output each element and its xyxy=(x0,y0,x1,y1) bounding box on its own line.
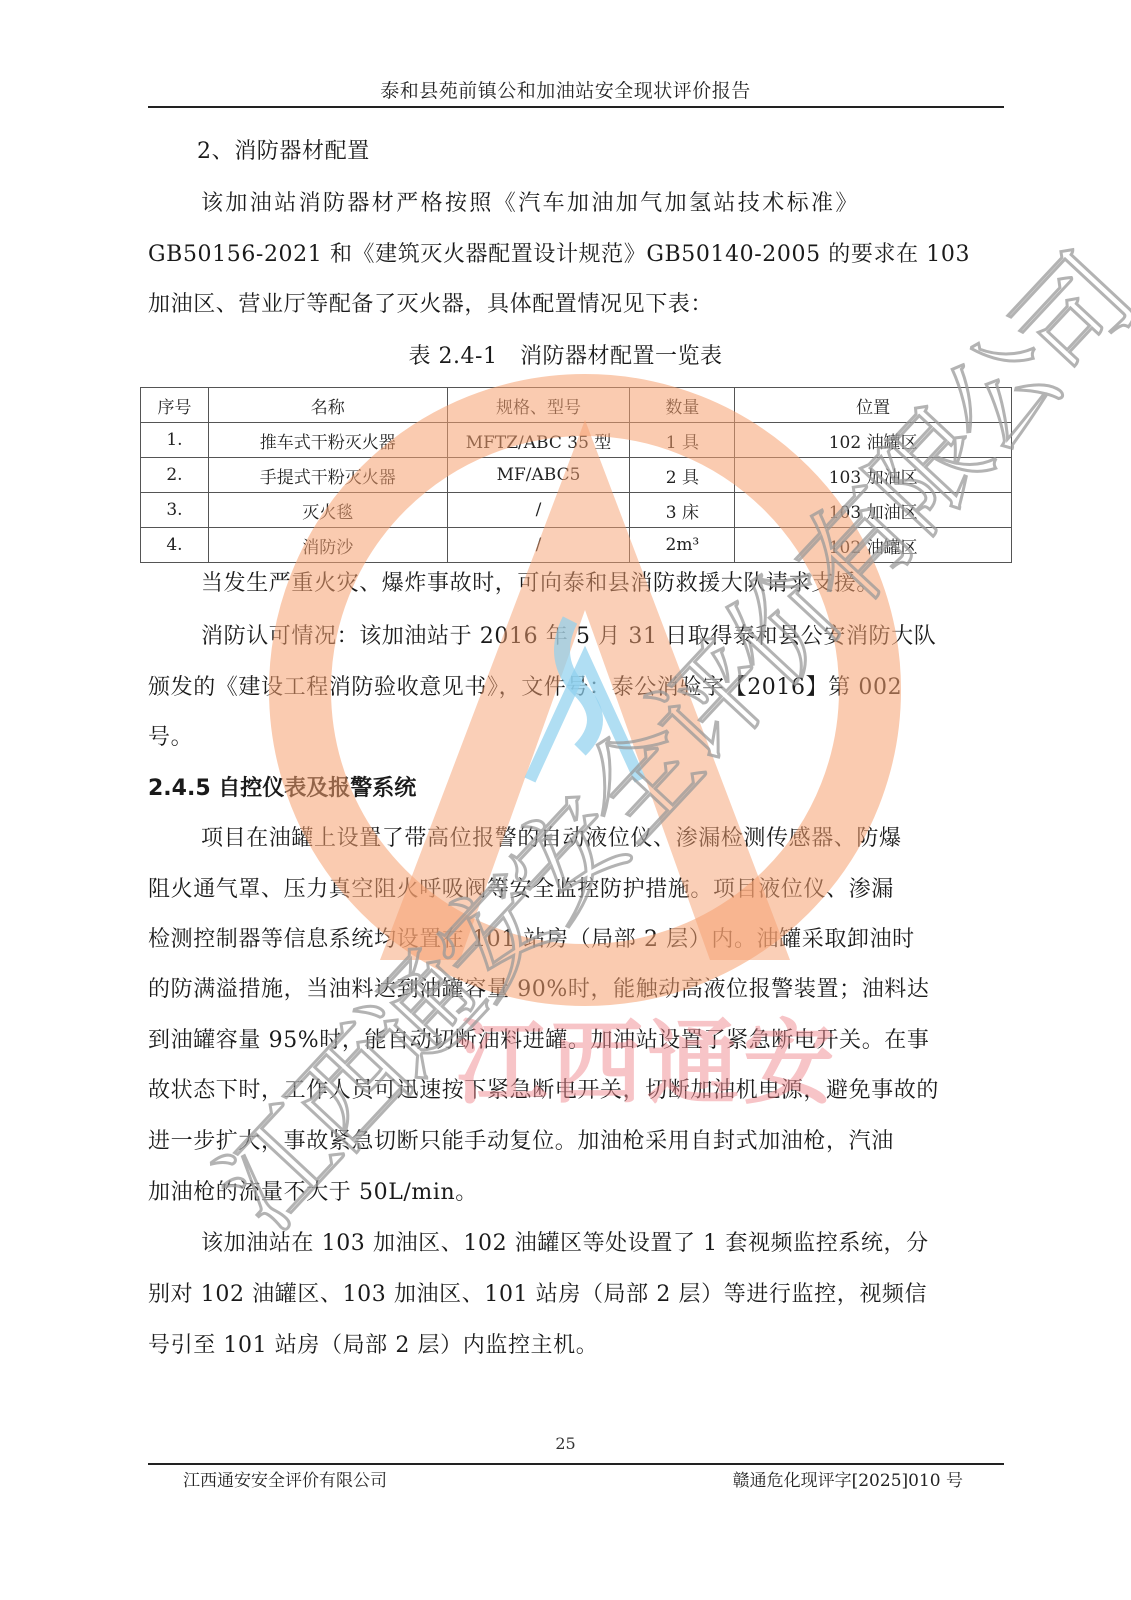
column-header: 序号 xyxy=(141,388,209,423)
section-item-title: 2、消防器材配置 xyxy=(197,134,370,165)
table-cell: 灭火毯 xyxy=(208,493,447,528)
paragraph-line: 到油罐容量 95%时，能自动切断油料进罐。加油站设置了紧急断电开关。在事 xyxy=(148,1023,930,1054)
table-cell: 103 加油区 xyxy=(735,493,1012,528)
table-cell: 手提式干粉灭火器 xyxy=(208,458,447,493)
page-number: 25 xyxy=(0,1434,1131,1453)
paragraph-line: 当发生严重火灾、爆炸事故时，可向泰和县消防救援大队请求支援。 xyxy=(201,566,879,597)
paragraph-line: 进一步扩大，事故紧急切断只能手动复位。加油枪采用自封式加油枪，汽油 xyxy=(148,1124,894,1155)
paragraph-line: 加油枪的流量不大于 50L/min。 xyxy=(148,1175,478,1206)
column-header: 名称 xyxy=(208,388,447,423)
paragraph-line: 该加油站消防器材严格按照《汽车加油加气加氢站技术标准》 xyxy=(201,186,860,217)
paragraph-line: 号引至 101 站房（局部 2 层）内监控主机。 xyxy=(148,1328,598,1359)
paragraph-line: 故状态下时，工作人员可迅速按下紧急断电开关，切断加油机电源，避免事故的 xyxy=(148,1073,939,1104)
paragraph-line: 颁发的《建设工程消防验收意见书》，文件号：泰公消验字【2016】第 002 xyxy=(148,670,902,701)
table-row: 4. 消防沙 / 2m³ 102 油罐区 xyxy=(141,528,1012,563)
paragraph-line: 该加油站在 103 加油区、102 油罐区等处设置了 1 套视频监控系统，分 xyxy=(201,1226,929,1257)
paragraph-line: 加油区、营业厅等配备了灭火器，具体配置情况见下表： xyxy=(148,287,713,318)
footer-report-number: 赣通危化现评字[2025]010 号 xyxy=(733,1466,963,1491)
table-cell: 1. xyxy=(141,423,209,458)
table-cell: 4. xyxy=(141,528,209,563)
header-divider xyxy=(148,106,1004,108)
column-header: 位置 xyxy=(735,388,1012,423)
column-header: 规格、型号 xyxy=(447,388,630,423)
table-cell: 推车式干粉灭火器 xyxy=(208,423,447,458)
paragraph-line: 阻火通气罩、压力真空阻火呼吸阀等安全监控防护措施。项目液位仪、渗漏 xyxy=(148,872,894,903)
equipment-table: 序号 名称 规格、型号 数量 位置 1. 推车式干粉灭火器 MFTZ/ABC 3… xyxy=(140,387,1012,563)
table-row: 1. 推车式干粉灭火器 MFTZ/ABC 35 型 1 具 102 油罐区 xyxy=(141,423,1012,458)
footer-divider xyxy=(148,1463,1004,1465)
table-cell: MFTZ/ABC 35 型 xyxy=(447,423,630,458)
footer-company: 江西通安安全评价有限公司 xyxy=(183,1466,387,1491)
table-cell: MF/ABC5 xyxy=(447,458,630,493)
table-row: 3. 灭火毯 / 3 床 103 加油区 xyxy=(141,493,1012,528)
paragraph-line: 的防满溢措施，当油料达到油罐容量 90%时，能触动高液位报警装置；油料达 xyxy=(148,972,930,1003)
table-cell: 2 具 xyxy=(630,458,735,493)
table-cell: / xyxy=(447,528,630,563)
subsection-heading: 2.4.5 自控仪表及报警系统 xyxy=(148,771,416,802)
table-cell: 103 加油区 xyxy=(735,458,1012,493)
table-row: 2. 手提式干粉灭火器 MF/ABC5 2 具 103 加油区 xyxy=(141,458,1012,493)
paragraph-line: 检测控制器等信息系统均设置在 101 站房（局部 2 层）内。油罐采取卸油时 xyxy=(148,922,915,953)
table-cell: 消防沙 xyxy=(208,528,447,563)
paragraph-line: GB50156-2021 和《建筑灭火器配置设计规范》GB50140-2005 … xyxy=(148,237,970,268)
paragraph-line: 别对 102 油罐区、103 加油区、101 站房（局部 2 层）等进行监控，视… xyxy=(148,1277,927,1308)
table-cell: 1 具 xyxy=(630,423,735,458)
table-header-row: 序号 名称 规格、型号 数量 位置 xyxy=(141,388,1012,423)
paragraph-line: 项目在油罐上设置了带高位报警的自动液位仪、渗漏检测传感器、防爆 xyxy=(201,821,902,852)
table-cell: 3. xyxy=(141,493,209,528)
table-cell: 2m³ xyxy=(630,528,735,563)
table-caption: 表 2.4-1 消防器材配置一览表 xyxy=(0,339,1131,370)
table-cell: 2. xyxy=(141,458,209,493)
column-header: 数量 xyxy=(630,388,735,423)
table-cell: 102 油罐区 xyxy=(735,423,1012,458)
running-header-title: 泰和县苑前镇公和加油站安全现状评价报告 xyxy=(0,76,1131,103)
table-cell: 102 油罐区 xyxy=(735,528,1012,563)
paragraph-line: 号。 xyxy=(148,720,193,751)
paragraph-line: 消防认可情况：该加油站于 2016 年 5 月 31 日取得泰和县公安消防大队 xyxy=(201,619,936,650)
table-cell: / xyxy=(447,493,630,528)
table-cell: 3 床 xyxy=(630,493,735,528)
